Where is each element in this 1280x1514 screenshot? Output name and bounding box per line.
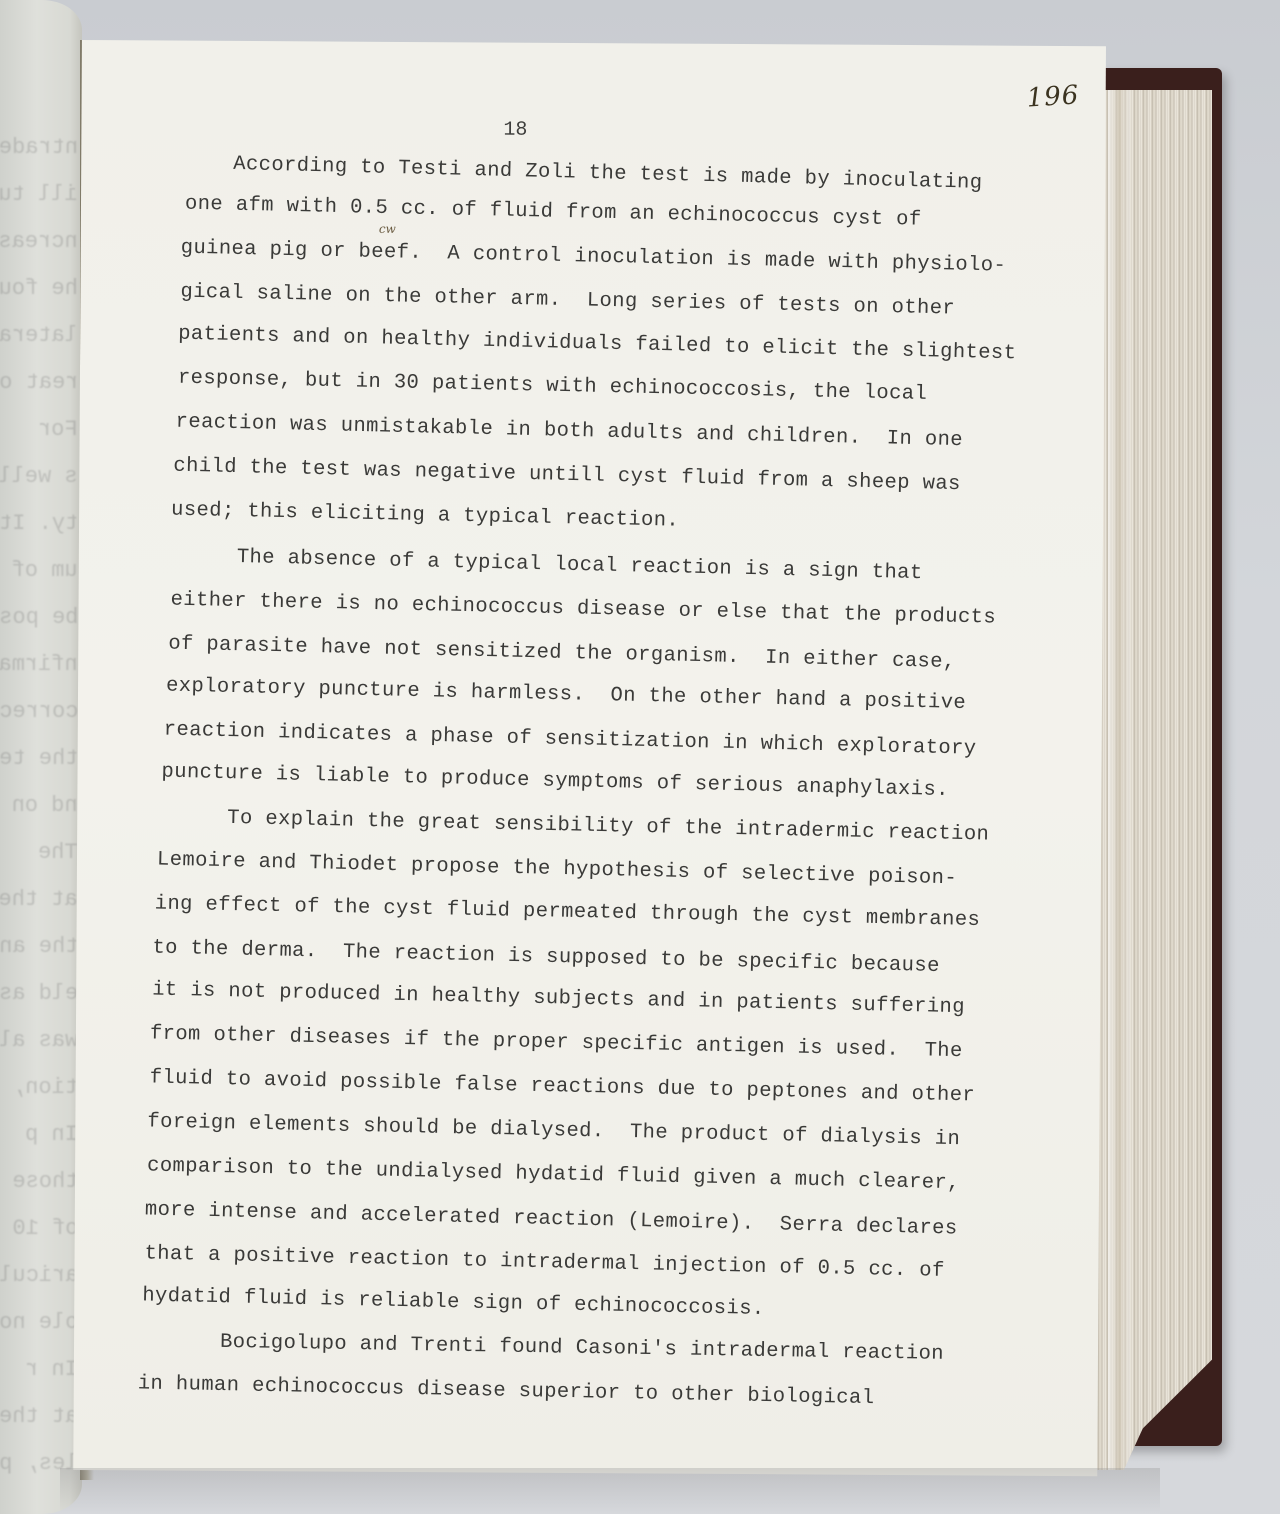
bleed-through-text: For <box>38 417 78 442</box>
text-line: According to Testi and Zoli the test is … <box>233 153 983 195</box>
bleed-through-text: nd on co <box>0 793 78 818</box>
bleed-through-text: eld as <box>0 981 78 1006</box>
text-line: child the test was negative untill cyst … <box>173 455 961 497</box>
facing-page-curled: ntradermalill tunencreaseshe fourthlater… <box>0 0 82 1514</box>
text-line: Bocigolupo and Trenti found Casoni's int… <box>220 1331 944 1366</box>
body-text: According to Testi and Zoli the test is … <box>73 40 1106 1476</box>
bleed-through-text: those w <box>0 1169 78 1194</box>
text-line: of parasite have not sensitized the orga… <box>168 633 956 675</box>
text-line: gical saline on the other arm. Long seri… <box>180 281 955 321</box>
text-line: comparison to the undialysed hydatid flu… <box>147 1154 960 1195</box>
book-page-edges <box>1086 90 1212 1470</box>
text-line: guinea pig or beef. A control inoculatio… <box>180 237 1006 278</box>
bleed-through-text: ty. It <box>0 511 78 536</box>
text-line: reaction indicates a phase of sensitizat… <box>164 719 977 761</box>
bleed-through-text: at the r <box>0 887 78 912</box>
bleed-through-text: aricula <box>0 1263 78 1288</box>
bleed-through-text: of 10 m <box>0 1216 78 1241</box>
text-line: To explain the great sensibility of the … <box>227 807 989 847</box>
bleed-through-text: ntradermal <box>0 135 78 160</box>
text-line: exploratory puncture is harmless. On the… <box>166 675 967 715</box>
bleed-through-text: the and <box>0 934 78 959</box>
bleed-through-text: ole not <box>0 1310 78 1335</box>
bleed-through-text: um of al <box>0 558 78 583</box>
text-line: reaction was unmistakable in both adults… <box>175 411 963 453</box>
text-line: used; this eliciting a typical reaction. <box>171 499 679 533</box>
bleed-through-text: ill tune <box>0 182 78 207</box>
bleed-through-text: the tes <box>0 746 78 771</box>
text-line: patients and on healthy individuals fail… <box>178 323 1017 366</box>
document-page: 196 18 cw According to Testi and Zoli th… <box>73 40 1106 1476</box>
bleed-through-text: nfirmati <box>0 652 78 677</box>
bleed-through-text: s well u <box>0 464 78 489</box>
bleed-through-text: The <box>38 840 78 865</box>
text-line: more intense and accelerated reaction (L… <box>145 1198 958 1240</box>
bleed-through-text: In p <box>25 1122 78 1147</box>
bleed-through-text: was al <box>0 1028 78 1053</box>
text-line: ing effect of the cyst fluid permeated t… <box>154 892 980 932</box>
text-line: Lemoire and Thiodet propose the hypothes… <box>157 848 958 890</box>
text-line: in human echinococcus disease superior t… <box>138 1372 875 1410</box>
text-line: puncture is liable to produce symptoms o… <box>161 761 949 803</box>
bleed-through-text: In r <box>25 1357 78 1382</box>
text-line: either there is no echinococcus disease … <box>170 589 996 630</box>
text-line: The absence of a typical local reaction … <box>237 546 923 585</box>
bleed-through-text: reat oc <box>0 370 78 395</box>
bleed-through-text: he fourth <box>0 276 78 301</box>
bleed-through-text: ncreases <box>0 229 78 254</box>
bottom-shadow <box>60 1468 1160 1514</box>
bleed-through-text: tion, <box>12 1075 78 1100</box>
text-line: that a positive reaction to intradermal … <box>144 1242 945 1282</box>
text-line: fluid to avoid possible false reactions … <box>149 1066 975 1107</box>
text-line: to the derma. The reaction is supposed t… <box>152 936 940 978</box>
text-line: from other diseases if the proper specif… <box>150 1022 963 1063</box>
bleed-through-text: lateral r <box>0 323 78 348</box>
bleed-through-text: at the <box>0 1404 78 1429</box>
text-line: hydatid fluid is reliable sign of echino… <box>142 1284 765 1321</box>
text-line: it is not produced in healthy subjects a… <box>152 978 965 1019</box>
bleed-through-text: be posi <box>0 605 78 630</box>
text-line: foreign elements should be dialysed. The… <box>147 1110 960 1151</box>
bleed-through-text: correct <box>0 699 78 724</box>
text-line: response, but in 30 patients with echino… <box>178 367 928 406</box>
text-line: one afm with 0.5 cc. of fluid from an ec… <box>185 193 922 232</box>
